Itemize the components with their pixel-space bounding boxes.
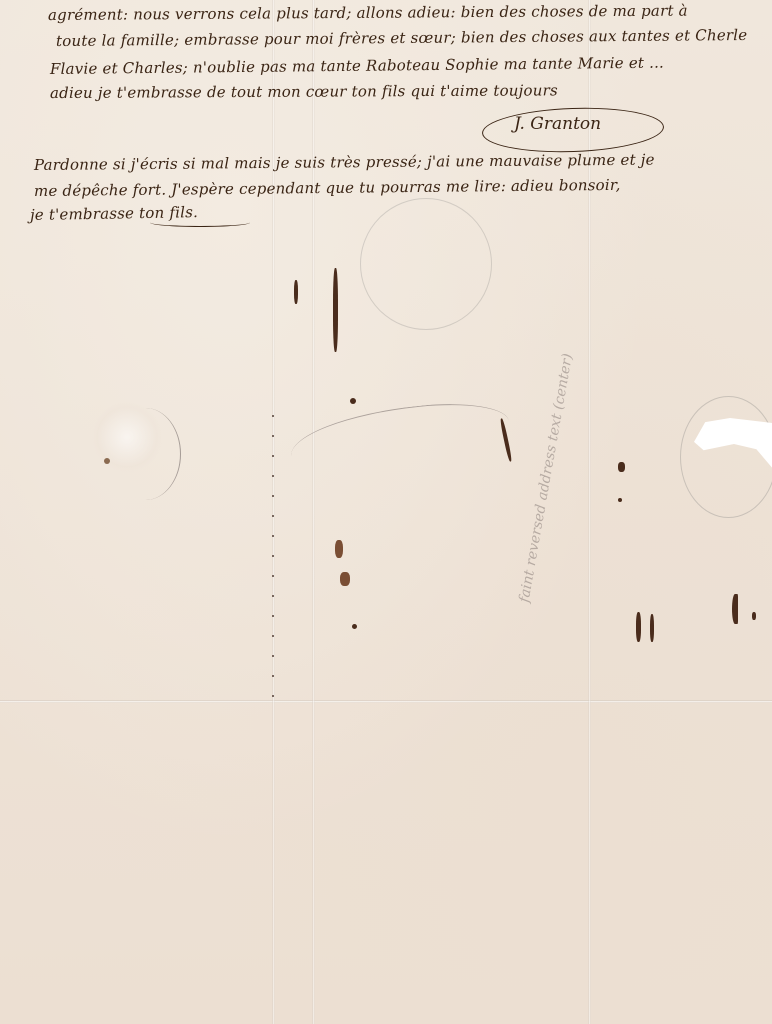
postscript-line-2: me dépêche fort. J'espère cependant que … [34,176,621,200]
ink-stroke [333,268,338,352]
faint-postmark-circle [360,198,492,330]
letter-page: agrément: nous verrons cela plus tard; a… [0,0,772,1024]
ink-stroke [294,280,298,304]
faint-postmark-circle-right [680,396,772,518]
postal-mark-stroke [752,612,756,620]
dotted-line-marks [272,415,274,705]
signature: J. Granton [514,114,601,134]
ink-dot [350,398,356,404]
postal-mark-stroke [732,594,738,624]
bleed-through-text: faint reversed address text (center) [516,352,576,603]
ink-dot [618,462,625,472]
faint-pen-curve [287,397,512,481]
postal-mark-stroke [650,614,654,642]
letter-line-3: Flavie et Charles; n'oublie pas ma tante… [50,54,664,78]
postscript-flourish [150,218,250,227]
postscript-line-1: Pardonne si j'écris si mal mais je suis … [34,151,655,174]
seal-arc [110,408,181,500]
letter-line-2: toute la famille; embrasse pour moi frèr… [56,26,747,50]
letter-line-4: adieu je t'embrasse de tout mon cœur ton… [50,81,558,102]
ink-dot [352,624,357,629]
postal-mark-stroke [636,612,641,642]
letter-line-1: agrément: nous verrons cela plus tard; a… [48,2,688,24]
ink-dot [618,498,622,502]
ink-mark [335,540,343,558]
ink-mark [340,572,350,586]
horizontal-fold-line [0,700,772,703]
seal-speck [104,458,110,464]
